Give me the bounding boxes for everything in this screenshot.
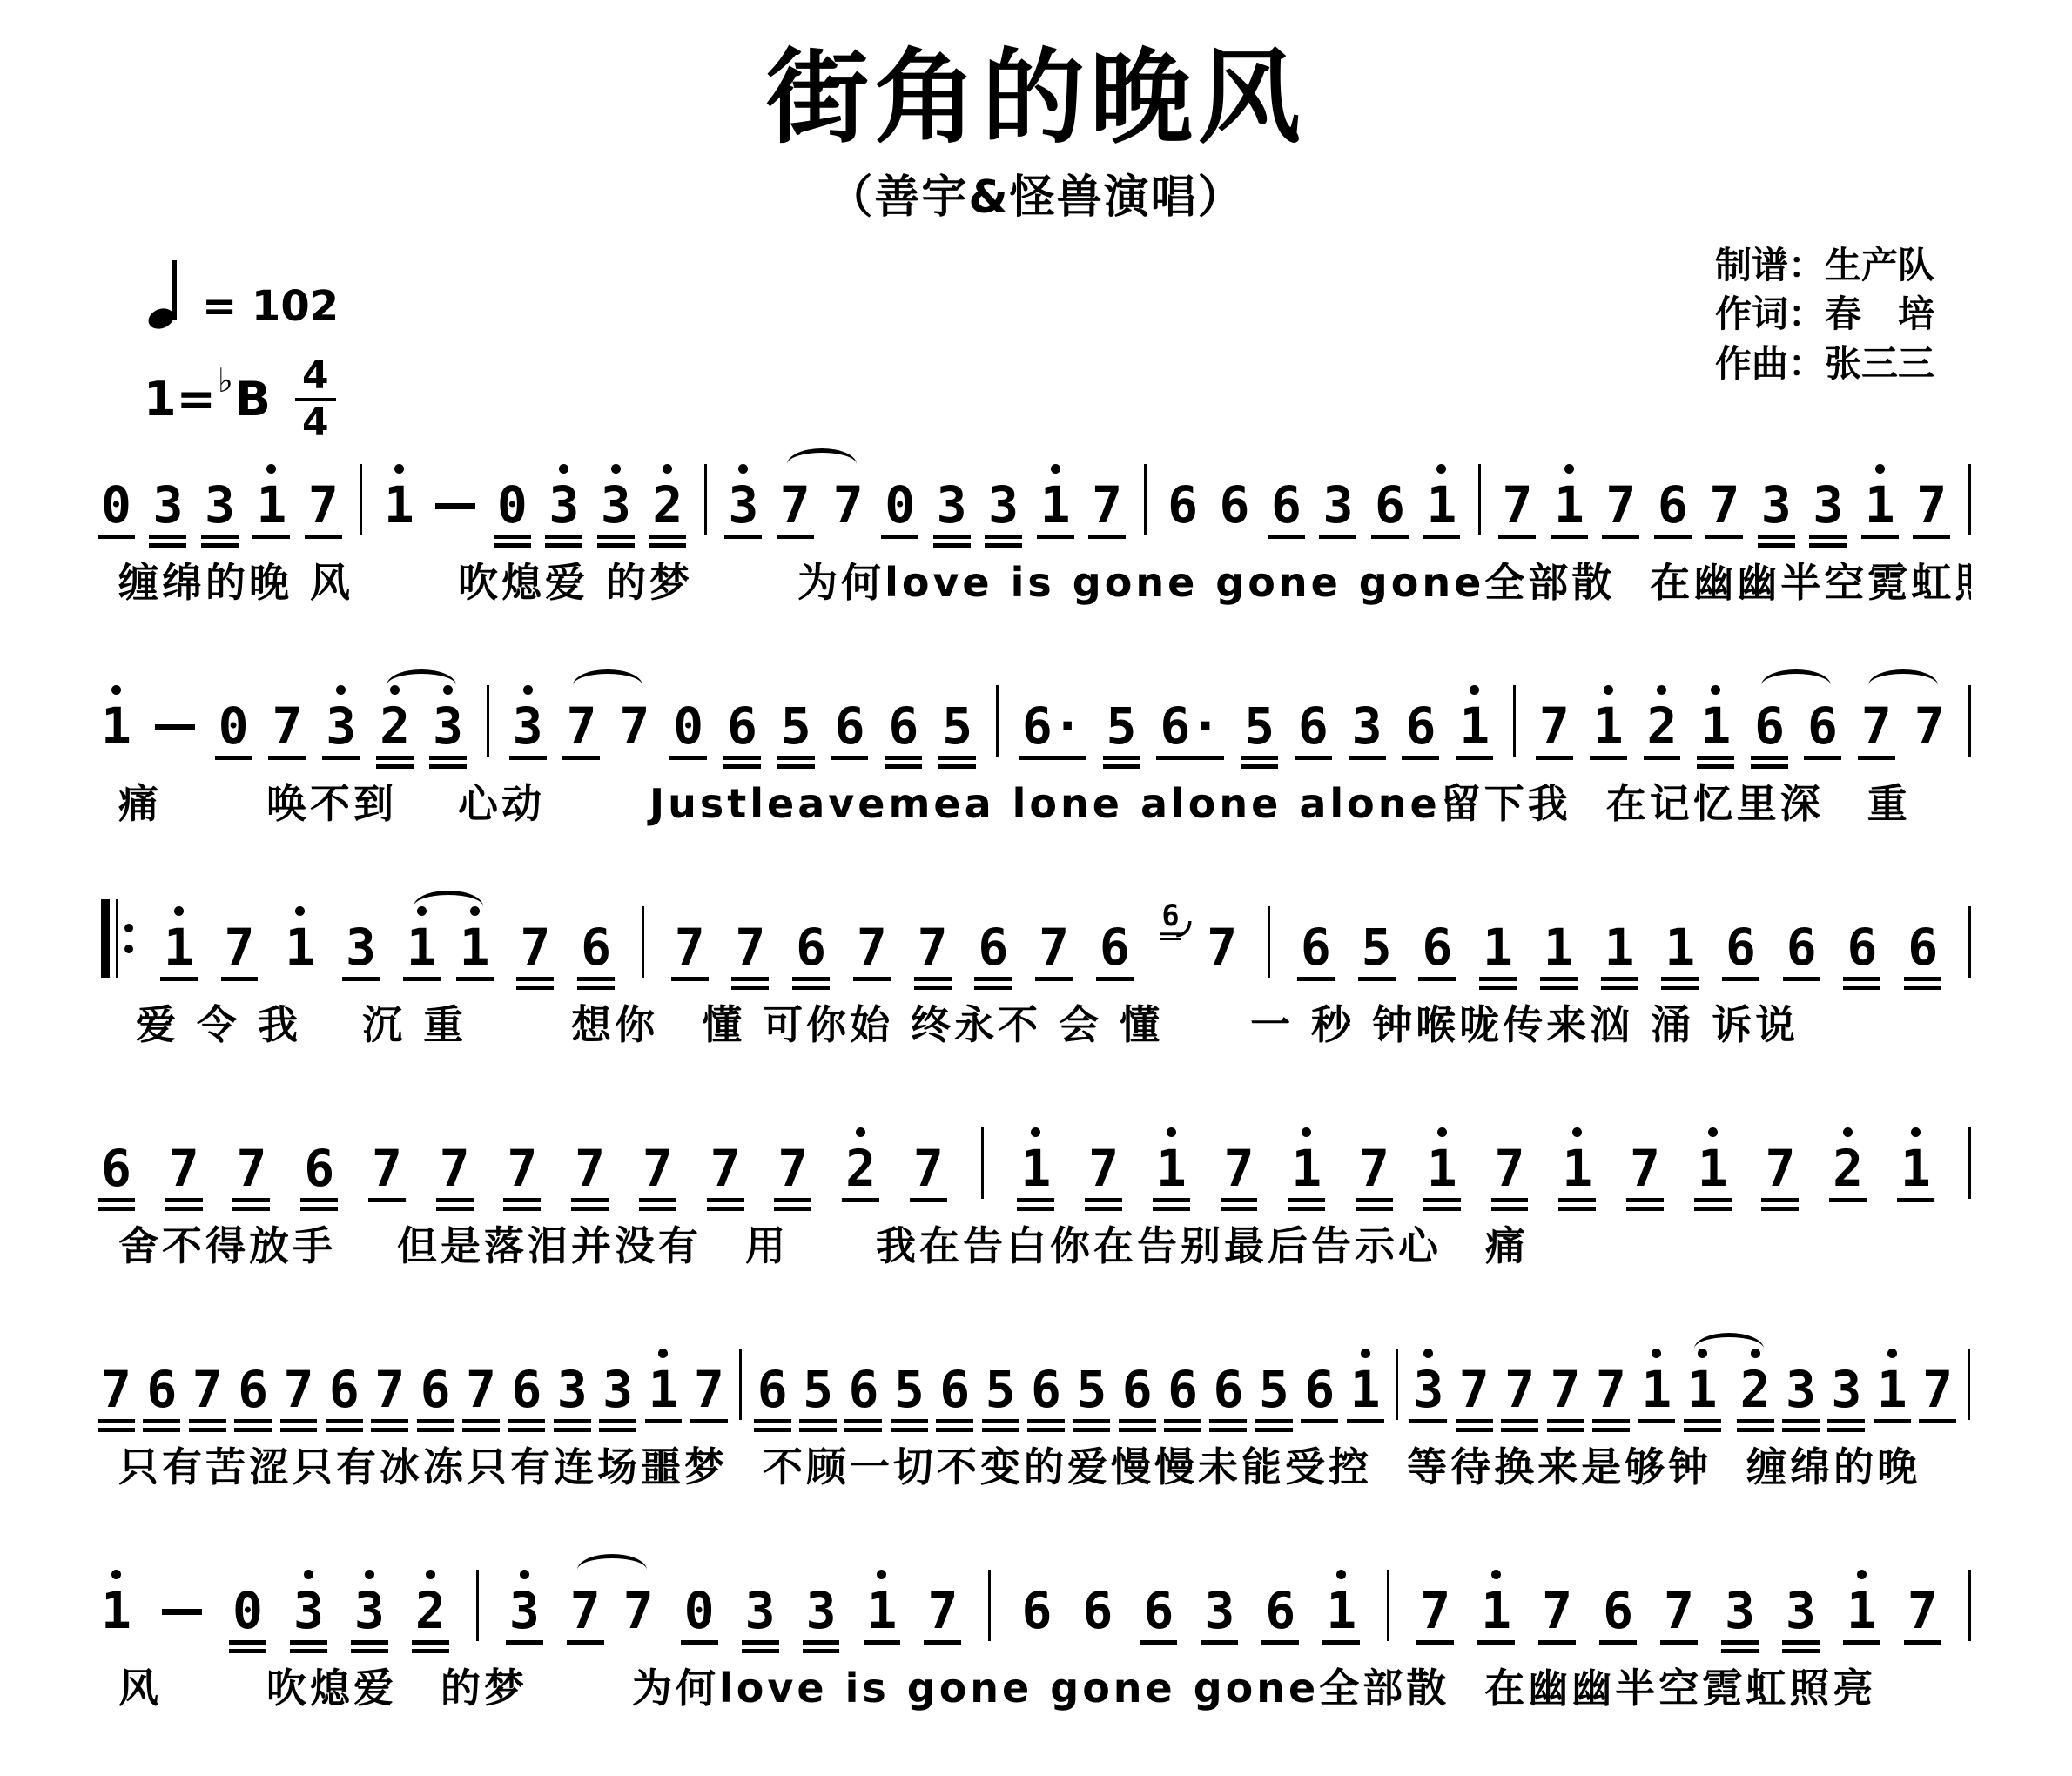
underline-1: [376, 756, 414, 760]
note: 7: [1709, 459, 1739, 549]
note-digit: 7: [1664, 1585, 1694, 1636]
note: 3: [601, 459, 631, 549]
note-digit: 7: [1914, 701, 1945, 751]
underline-1: [149, 535, 186, 539]
barline: [988, 1570, 991, 1641]
note-digit: 0: [232, 1585, 263, 1636]
note-digit: 7: [619, 701, 649, 751]
note: 1: [1865, 459, 1895, 549]
underline-2: [417, 1428, 454, 1432]
underline-2: [1694, 1207, 1732, 1211]
note: 7: [1039, 901, 1069, 992]
note-digit: 3: [293, 1585, 324, 1636]
note-digit: 1: [1544, 922, 1574, 972]
underline-1: [1479, 977, 1517, 981]
underline-2: [545, 543, 582, 548]
barline: [1968, 464, 1971, 535]
underline-1: [1547, 1419, 1584, 1423]
note-digit: 7: [913, 1143, 944, 1194]
underline-1: [1861, 535, 1899, 539]
note-digit: 0: [885, 480, 915, 530]
note-digit: 1: [101, 701, 131, 751]
underline-1: [98, 535, 135, 539]
note-digit: 6: [1304, 1364, 1335, 1415]
note-digit: 6: [1021, 1585, 1052, 1636]
underline-2: [201, 543, 239, 548]
barline: [1513, 685, 1516, 757]
underline-2: [234, 1428, 272, 1432]
underline-2: [165, 1207, 203, 1211]
note-digit: 6: [1298, 701, 1329, 751]
note: 6·: [1022, 680, 1083, 770]
note-digit: 6: [1754, 701, 1785, 751]
underline-1: [1654, 535, 1692, 539]
note-digit: 7: [575, 1143, 605, 1194]
underline-1: [98, 1419, 135, 1423]
note-digit: 6: [1122, 1364, 1153, 1415]
underline-1: [1153, 1198, 1190, 1202]
underline-2: [803, 1649, 840, 1653]
underline-1: [1751, 756, 1788, 760]
note-digit: 7: [507, 1143, 537, 1194]
note: 6: [1100, 901, 1130, 992]
note-digit: 3: [1786, 1585, 1816, 1636]
note-digit: 6: [1422, 922, 1452, 972]
underline-1: [1255, 1419, 1293, 1423]
notes-row: 17131176776776766765611116666: [101, 859, 1971, 992]
underline-2: [1501, 1428, 1538, 1432]
note: 3: [152, 459, 183, 549]
note-digit: 6·: [1022, 701, 1083, 751]
underline-1: [910, 1198, 947, 1202]
note: 6: [1031, 1343, 1061, 1434]
note-digit: 3: [326, 701, 356, 751]
note-digit: 1: [1665, 922, 1695, 972]
underline-1: [1456, 1419, 1493, 1423]
note-digit: 5: [1076, 1364, 1107, 1415]
note: 6: [1220, 459, 1250, 549]
underline-1: [799, 1419, 837, 1423]
note-digit: 7: [1359, 1143, 1389, 1194]
note: 1: [256, 459, 286, 549]
note-digit: 2: [380, 701, 410, 751]
underline-1: [985, 535, 1022, 539]
underline-2: [98, 1207, 135, 1211]
note-digit: 7: [236, 1143, 266, 1194]
underline-2: [1027, 1428, 1065, 1432]
underline-1: [1288, 1198, 1325, 1202]
note-digit: 6: [1167, 480, 1198, 530]
underline-1: [1027, 1419, 1065, 1423]
note: 3: [1413, 1343, 1443, 1434]
note: 1: [384, 459, 414, 549]
underline-1: [371, 1419, 408, 1423]
underline-1: [864, 1640, 901, 1645]
note: 6: [1405, 680, 1436, 770]
note-digit: 1: [164, 922, 194, 972]
underline-2: [1684, 1428, 1721, 1432]
note: 6: [1907, 901, 1938, 992]
lyrics-line: 舍不得放手 但是落泪并没有 用 我在告白你在告别最后告示心 痛: [101, 1214, 1971, 1272]
underline-1: [456, 977, 494, 981]
underline-1: [1088, 535, 1126, 539]
underline-1: [322, 756, 360, 760]
note: 7: [1088, 1122, 1119, 1213]
underline-2: [597, 543, 635, 548]
underline-1: [1347, 1419, 1384, 1423]
note-digit: 3: [557, 1364, 588, 1415]
note-digit: 3: [354, 1585, 385, 1636]
credits-block: 制谱：生产队 作词：春 培 作曲：张三三: [1715, 241, 1934, 389]
underline-1: [1897, 1198, 1934, 1202]
underline-2: [326, 1428, 363, 1432]
note-digit: 7: [192, 1364, 223, 1415]
tempo-value: = 102: [202, 284, 339, 330]
note-digit: 3: [745, 1585, 776, 1636]
underline-1: [1477, 1640, 1515, 1645]
note: 1: [1593, 680, 1624, 770]
note-digit: 6: [581, 922, 611, 972]
note: 7: [372, 1122, 402, 1213]
note-digit: 0: [673, 701, 703, 751]
note: 6: [1298, 680, 1329, 770]
note: 1: [1900, 1122, 1931, 1213]
barline: [1968, 906, 1971, 978]
note: 2: [1833, 1122, 1863, 1213]
note: 6: [1754, 680, 1785, 770]
note: 7: [1922, 1343, 1953, 1434]
underline-1: [305, 535, 342, 539]
underline-2: [982, 1428, 1019, 1432]
note: 7: [1542, 1564, 1572, 1655]
note: 1: [285, 901, 315, 992]
underline-2: [1153, 1207, 1190, 1211]
underline-2: [571, 1207, 609, 1211]
notes-row: 677677777772717171717171721: [101, 1080, 1971, 1213]
note: 1: [1483, 901, 1513, 992]
note-digit: 6: [939, 1364, 970, 1415]
note-digit: 7: [694, 1364, 724, 1415]
underline-1: [1371, 535, 1409, 539]
underline-2: [436, 1207, 474, 1211]
underline-1: [189, 1419, 226, 1423]
note: 6: [888, 680, 918, 770]
note-digit: 7: [1092, 480, 1122, 530]
underline-2: [774, 1207, 811, 1211]
note-digit: 7: [1207, 922, 1237, 972]
underline-1: [577, 977, 615, 981]
barline: [642, 906, 644, 978]
note-digit: 7: [1495, 1143, 1525, 1194]
music-system-1: 033171033237703317666361717673317 缠绵的晚 风…: [101, 417, 1971, 609]
note: 6: [581, 901, 611, 992]
note: 7: [675, 901, 705, 992]
underline-1: [1919, 1419, 1956, 1423]
underline-1: [1684, 1419, 1721, 1423]
underline-1: [1758, 535, 1795, 539]
underline-2: [974, 986, 1012, 990]
note-digit: 7: [642, 1143, 673, 1194]
note-digit: 1: [1040, 480, 1071, 530]
key-prefix: 1=: [144, 372, 216, 427]
barline: [739, 1349, 742, 1420]
lyrics-line: 风 吹熄爱 的梦 为何love is gone gone gone全部散 在幽幽…: [101, 1657, 1971, 1714]
note: 6: [1167, 1343, 1198, 1434]
underline-2: [1103, 764, 1140, 769]
underline-1: [1201, 1640, 1238, 1645]
underline-1: [1160, 932, 1181, 935]
note: 6: [146, 1343, 177, 1434]
note-digit: 6: [757, 1364, 788, 1415]
underline-1: [1322, 1640, 1360, 1645]
underline-2: [844, 1428, 882, 1432]
note-digit: 3: [937, 480, 967, 530]
underline-2: [508, 1428, 545, 1432]
underline-1: [982, 1419, 1019, 1423]
underline-1: [645, 1419, 683, 1423]
barline: [1144, 464, 1147, 535]
slur-group: 77: [566, 680, 649, 770]
underline-1: [516, 977, 554, 981]
note: 6: [1271, 459, 1302, 549]
repeat-start-sign: [101, 899, 133, 978]
underline-2: [577, 986, 615, 990]
underline-2: [891, 1428, 928, 1432]
underline-1: [844, 1419, 882, 1423]
note-digit: 6: [1301, 922, 1331, 972]
note-digit: 6·: [1160, 701, 1221, 751]
note: 1: [101, 1564, 131, 1655]
note-digit: 3: [152, 480, 183, 530]
underline-2: [1601, 986, 1638, 990]
underline-1: [571, 1198, 609, 1202]
note-digit: 2: [845, 1143, 876, 1194]
underline-1: [280, 1419, 318, 1423]
note-digit: 7: [374, 1364, 405, 1415]
note-digit: 3: [1831, 1364, 1861, 1415]
note: 0: [219, 680, 249, 770]
note: 0: [885, 459, 915, 549]
note: 5: [1362, 901, 1392, 992]
note: 6: [1658, 459, 1688, 549]
note-digit: 1: [460, 922, 490, 972]
quarter-note-icon: [148, 260, 179, 330]
note-digit: 7: [1630, 1143, 1660, 1194]
note-digit: 3: [602, 1364, 633, 1415]
note: 6: [1786, 901, 1817, 992]
note-digit: 3: [601, 480, 631, 530]
note: 7: [918, 901, 948, 992]
credit-lyricist: 作词：春 培: [1715, 290, 1934, 340]
note-digit: 7: [308, 480, 339, 530]
score: 033171033237703317666361717673317 缠绵的晚 风…: [0, 417, 2072, 1714]
note-digit: 1: [1562, 1143, 1592, 1194]
underline-1: [545, 535, 582, 539]
note: 3: [1786, 1564, 1816, 1655]
credit-arranger: 制谱：生产队: [1715, 241, 1934, 291]
note-digit: 1: [101, 1585, 131, 1636]
underline-1: [924, 1640, 961, 1645]
notes-row: 1073233770656656·56·5636171216677: [101, 638, 1971, 770]
underline-2: [885, 764, 922, 769]
underline-1: [914, 977, 952, 981]
note: 1: [164, 901, 194, 992]
barline: [981, 1127, 984, 1199]
note-digit: 7: [1551, 1364, 1581, 1415]
underline-1: [1721, 1640, 1759, 1645]
note-digit: 3: [433, 701, 463, 751]
note-digit: 6: [420, 1364, 451, 1415]
note: 7: [913, 1122, 944, 1213]
underline-1: [98, 1198, 135, 1202]
underline-1: [1551, 535, 1588, 539]
music-system-3: 17131176776776766765611116666 爱 令 我 沉 重 …: [101, 859, 1971, 1051]
underline-1: [509, 756, 547, 760]
note-digit: 7: [1504, 1364, 1535, 1415]
grace-note: 6: [1161, 889, 1179, 941]
note-digit: 7: [1765, 1143, 1795, 1194]
note-digit: 7: [466, 1364, 496, 1415]
note: 5: [803, 1343, 833, 1434]
note: 1: [1481, 1564, 1511, 1655]
underline-1: [1804, 756, 1841, 760]
note-digit: 7: [1224, 1143, 1255, 1194]
underline-1: [165, 1198, 203, 1202]
key-letter: B: [235, 372, 271, 427]
note-digit: 7: [675, 922, 705, 972]
underline-1: [503, 1198, 541, 1202]
barline: [1968, 1570, 1971, 1641]
lyrics-line: 痛 唤不到 心动 Justleavemea lone alone alone留下…: [101, 772, 1971, 830]
note-digit: 7: [1709, 480, 1739, 530]
note-digit: 5: [1259, 1364, 1289, 1415]
note: 6: [1304, 1343, 1335, 1434]
underline-1: [229, 1640, 266, 1645]
music-system-5: 7676767676331765656565666561377771123317…: [101, 1302, 1971, 1493]
underline-1: [1491, 1198, 1529, 1202]
time-signature-top: 4: [295, 356, 336, 401]
barline: [1387, 1570, 1389, 1641]
slur-group: 77: [1861, 680, 1945, 770]
note: 6: [727, 680, 757, 770]
note-digit: 1: [1604, 922, 1635, 972]
underline-1: [669, 756, 707, 760]
note-digit: 3: [346, 922, 376, 972]
note-digit: 1: [1459, 701, 1490, 751]
barline: [1968, 1349, 1970, 1420]
underline-2: [98, 1428, 135, 1432]
underline-1: [1660, 1640, 1698, 1645]
note-digit: 6: [511, 1364, 542, 1415]
underline-1: [1558, 1198, 1596, 1202]
note: 6: [978, 901, 1008, 992]
underline-1: [1035, 977, 1073, 981]
underline-1: [1295, 756, 1332, 760]
note: 7: [520, 901, 550, 992]
note: 7: [374, 1343, 405, 1434]
note-digit: 5: [1107, 701, 1137, 751]
underline-1: [1722, 977, 1759, 981]
note: 7: [1765, 1122, 1795, 1213]
underline-1: [1423, 1198, 1461, 1202]
underline-1: [1037, 535, 1074, 539]
note-digit: 2: [1647, 701, 1678, 751]
note-digit: 6: [1405, 701, 1436, 751]
underline-1: [1297, 977, 1335, 981]
note-digit: 0: [219, 701, 249, 751]
note-digit: 7: [833, 480, 864, 530]
barline: [1478, 464, 1481, 535]
underline-2: [412, 1649, 449, 1653]
underline-1: [368, 1198, 406, 1202]
underline-1: [1874, 1419, 1911, 1423]
underline-1: [1140, 1640, 1177, 1645]
note: 6: [1603, 1564, 1633, 1655]
note-digit: 6: [1658, 480, 1688, 530]
note-digit: 3: [509, 1585, 540, 1636]
note-digit: 1: [407, 922, 437, 972]
note: 1: [101, 680, 131, 770]
note: 3: [1813, 459, 1843, 549]
note-digit: 6: [329, 1364, 360, 1415]
underline-1: [429, 756, 467, 760]
note-digit: 6: [304, 1143, 334, 1194]
underline-1: [1164, 1419, 1201, 1423]
barline: [1968, 1127, 1971, 1199]
note: 3: [433, 680, 463, 770]
note: 7: [1664, 1564, 1694, 1655]
underline-1: [326, 1419, 363, 1423]
underline-1: [885, 756, 922, 760]
note-digit: 6: [1603, 1585, 1633, 1636]
note-digit: 2: [652, 480, 683, 530]
note: 3: [346, 901, 376, 992]
music-system-4: 677677777772717171717171721 舍不得放手 但是落泪并没…: [101, 1080, 1971, 1272]
note: 1: [1554, 459, 1584, 549]
note: 7: [1495, 1122, 1525, 1213]
underline-2: [1904, 986, 1941, 990]
underline-1: [143, 1419, 180, 1423]
note-digit: 3: [1725, 1585, 1755, 1636]
underline-2: [933, 543, 971, 548]
note-digit: 3: [1413, 1364, 1443, 1415]
note: 6: [1726, 901, 1756, 992]
score-meta: = 102 1=♭B 4 4 制谱：生产队 作词：春 培 作曲：张三三: [0, 234, 2072, 417]
underline-1: [1073, 1419, 1110, 1423]
underline-1: [1319, 535, 1356, 539]
underline-1: [462, 1419, 500, 1423]
underline-1: [853, 977, 891, 981]
note: 7: [1605, 459, 1636, 549]
underline-2: [707, 1207, 744, 1211]
note: 5: [781, 680, 811, 770]
note: 7: [575, 1122, 605, 1213]
note: 0: [497, 459, 528, 549]
underline-1: [1644, 756, 1681, 760]
key-signature: 1=♭B 4 4: [144, 356, 336, 443]
note-digit: 7: [1039, 922, 1069, 972]
note: 7: [1359, 1122, 1389, 1213]
underline-1: [1761, 1198, 1799, 1202]
underline-2: [649, 543, 686, 548]
underline-1: [1409, 1419, 1447, 1423]
note: 7: [192, 1343, 223, 1434]
underline-1: [1705, 535, 1743, 539]
note-digit: 5: [1244, 701, 1275, 751]
underline-1: [342, 977, 380, 981]
note: 7: [1630, 1122, 1660, 1213]
note: 1: [1877, 1343, 1907, 1434]
